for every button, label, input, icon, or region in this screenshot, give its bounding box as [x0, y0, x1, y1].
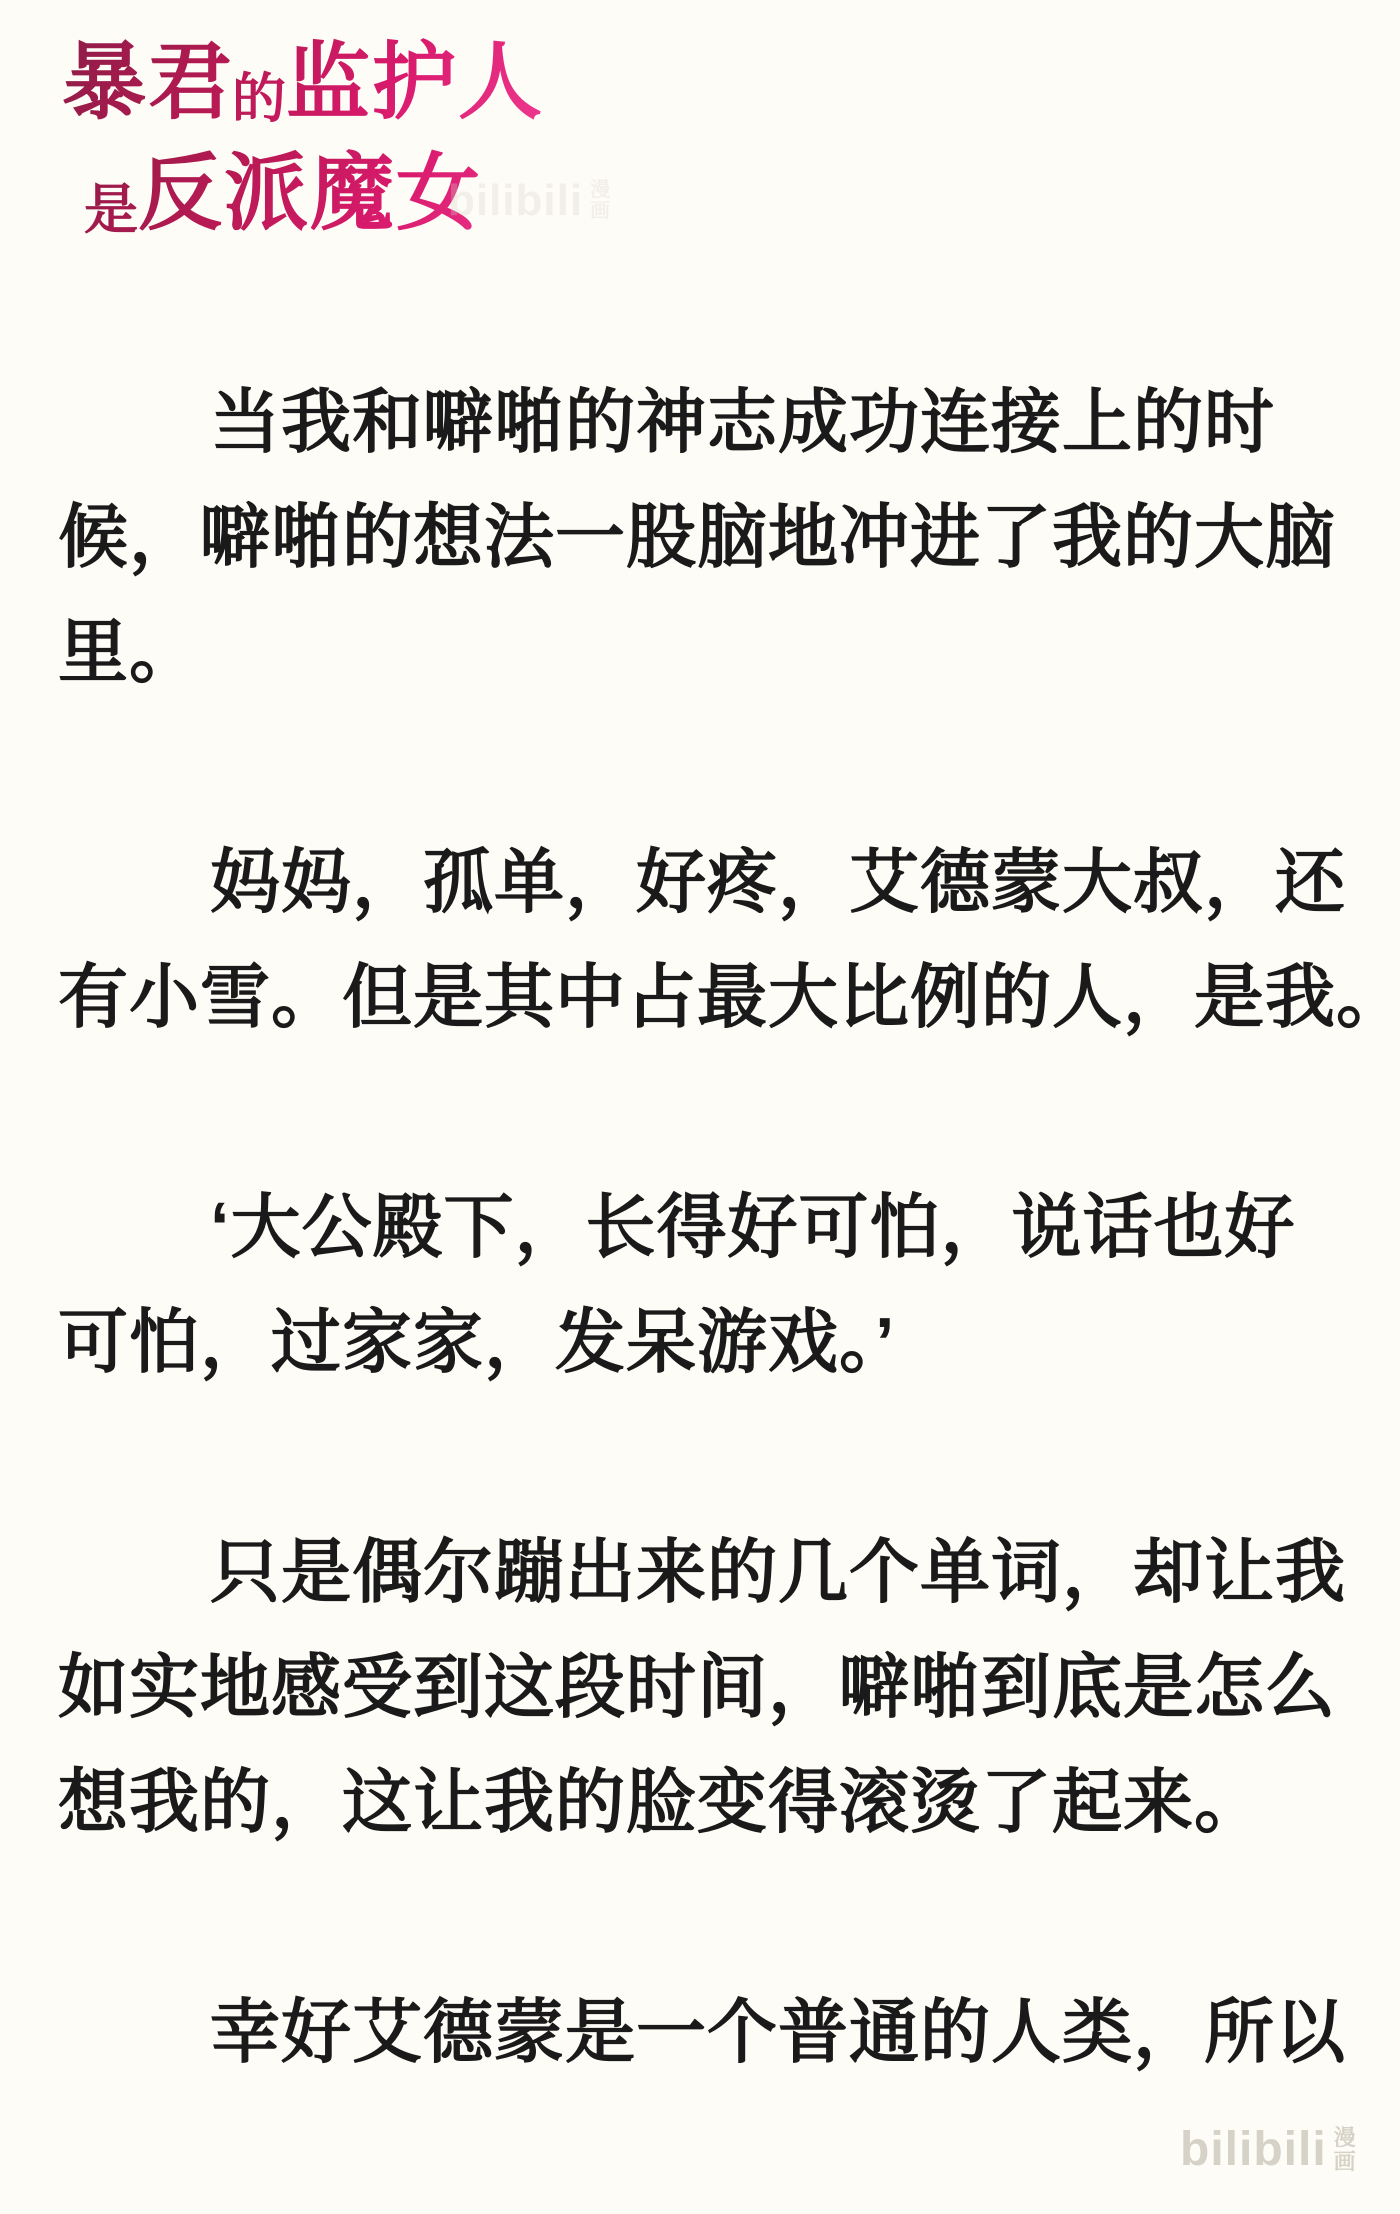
novel-line: 妈妈，孤单，好疼，艾德蒙大叔，还 — [58, 825, 1380, 940]
paragraph: 妈妈，孤单，好疼，艾德蒙大叔，还 有小雪。但是其中占最大比例的人，是我。 — [58, 825, 1380, 1055]
manhua-char-top: 漫 — [1334, 2126, 1356, 2150]
bilibili-logo-text: bilibili — [1180, 2122, 1327, 2177]
logo-text-baojun: 暴君 — [62, 37, 234, 130]
logo-text-jianhuren: 监护人 — [286, 37, 544, 130]
novel-line: ‘大公殿下，长得好可怕，说话也好 — [58, 1170, 1380, 1285]
logo-text-shi: 是 — [84, 180, 140, 240]
chapter-text: 当我和噼啪的神志成功连接上的时 候，噼啪的想法一股脑地冲进了我的大脑 里。 妈妈… — [58, 365, 1380, 2205]
novel-line: 想我的，这让我的脸变得滚烫了起来。 — [58, 1745, 1380, 1860]
paragraph: 幸好艾德蒙是一个普通的人类，所以 — [58, 1975, 1380, 2090]
series-logo: 暴君的监护人 是反派魔女 — [62, 34, 544, 268]
manhua-label: 漫 画 — [1334, 2126, 1356, 2174]
novel-line: 当我和噼啪的神志成功连接上的时 — [58, 365, 1380, 480]
novel-line: 如实地感受到这段时间，噼啪到底是怎么 — [58, 1630, 1380, 1745]
logo-text-fanpai: 反派 — [138, 148, 310, 241]
novel-line: 候，噼啪的想法一股脑地冲进了我的大脑 — [58, 480, 1380, 595]
novel-line: 里。 — [58, 595, 1380, 710]
novel-line: 幸好艾德蒙是一个普通的人类，所以 — [58, 1975, 1380, 2090]
bilibili-logo-text: bilibili — [448, 176, 583, 226]
novel-line: 有小雪。但是其中占最大比例的人，是我。 — [58, 940, 1380, 1055]
reader-page[interactable]: 暴君的监护人 是反派魔女 bilibili 漫 画 当我和噼啪的神志成功连接上的… — [0, 0, 1400, 2214]
paragraph: 当我和噼啪的神志成功连接上的时 候，噼啪的想法一股脑地冲进了我的大脑 里。 — [58, 365, 1380, 710]
novel-line: 可怕，过家家，发呆游戏。’ — [58, 1285, 1380, 1400]
paragraph: 只是偶尔蹦出来的几个单词，却让我 如实地感受到这段时间，噼啪到底是怎么 想我的，… — [58, 1515, 1380, 1860]
manhua-char-bottom: 画 — [1334, 2150, 1356, 2174]
manhua-char-bottom: 画 — [590, 201, 610, 222]
series-logo-line1: 暴君的监护人 — [62, 34, 544, 157]
logo-text-de: 的 — [232, 69, 288, 129]
bilibili-watermark-faint: bilibili 漫 画 — [448, 176, 610, 226]
paragraph: ‘大公殿下，长得好可怕，说话也好 可怕，过家家，发呆游戏。’ — [58, 1170, 1380, 1400]
manhua-label: 漫 画 — [590, 180, 610, 222]
bilibili-watermark: bilibili 漫 画 — [1180, 2122, 1356, 2177]
novel-line: 只是偶尔蹦出来的几个单词，却让我 — [58, 1515, 1380, 1630]
manhua-char-top: 漫 — [590, 180, 610, 201]
